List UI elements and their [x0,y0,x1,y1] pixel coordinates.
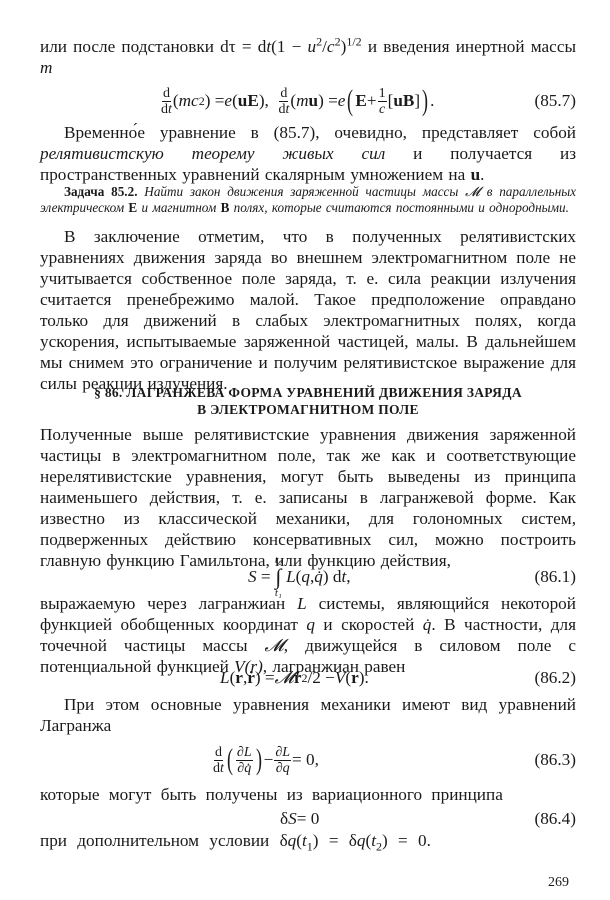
equation-body: ddt(∂L∂q̇) − ∂L∂q = 0, [212,745,319,776]
paragraph-variational: которые могут быть получены из вариацион… [40,784,576,805]
equation-86-2: L(r, ṙ) = 𝓜ṙ2/2 − V(r). (86.2) [40,665,576,691]
paragraph-basic-equations: При этом основные уравнения механики име… [40,694,576,736]
equation-body: δS = 0 [280,809,319,829]
equation-86-4: δS = 0 (86.4) [40,806,576,832]
formula-boundary-condition: δq(t1) = δq(t2) = 0. [280,831,431,850]
section-heading: § 86. ЛАГРАНЖЕВА ФОРМА УРАВНЕНИЙ ДВИЖЕНИ… [40,384,576,418]
equation-number: (86.1) [534,567,576,587]
equation-86-3: ddt(∂L∂q̇) − ∂L∂q = 0, (86.3) [40,738,576,782]
formula-dtau: dτ = dt(1 − u2/c2)1/2 [220,37,362,56]
intro-paragraph: или после подстановки dτ = dt(1 − u2/c2)… [40,36,576,78]
equation-body: L(r, ṙ) = 𝓜ṙ2/2 − V(r). [220,668,369,688]
problem-85-2: Задача 85.2. Найти закон движения заряже… [40,184,576,215]
equation-number: (86.2) [534,668,576,688]
page-number: 269 [548,875,569,891]
equation-number: (86.4) [534,809,576,829]
paragraph-condition: при дополнительном условии δq(t1) = δq(t… [40,830,576,851]
paragraph-lagrange-intro: Полученные выше релятивистские уравнения… [40,424,576,571]
paragraph-conclusion: В заключение отметим, что в полученных р… [40,226,576,394]
equation-number: (86.3) [534,750,576,770]
equation-body: ddt(mc2) = e(uE), ddt(mu) = e(E + 1c[uB]… [160,86,434,117]
equation-85-7: ddt(mc2) = e(uE), ddt(mu) = e(E + 1c[uB]… [40,80,576,122]
equation-number: (85.7) [534,91,576,111]
paragraph-time-equation: Временно́е уравнение в (85.7), очевидно,… [40,122,576,185]
